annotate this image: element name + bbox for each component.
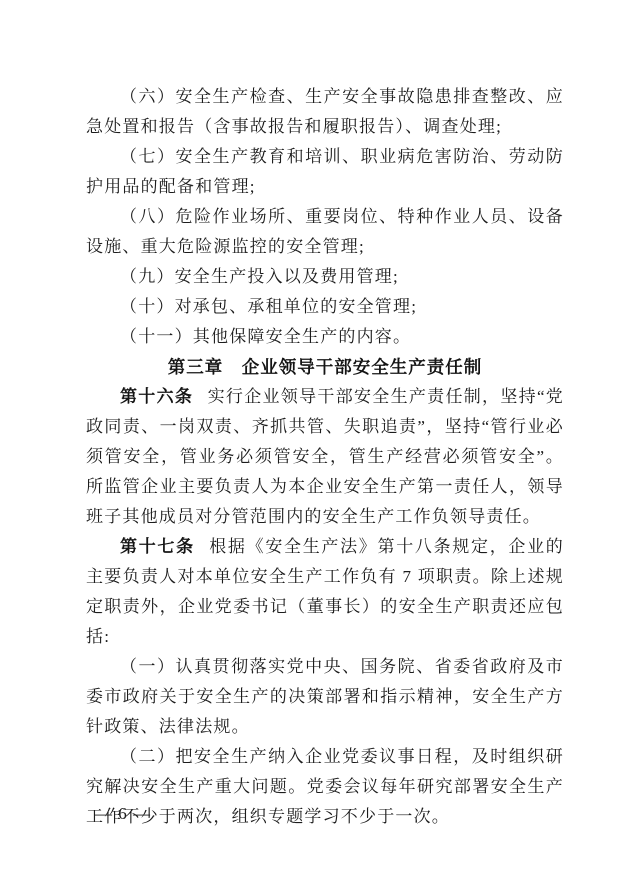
paragraph: 第十六条实行企业领导干部安全生产责任制，坚持“党政同责、一岗双责、齐抓共管、失职… xyxy=(86,382,564,532)
article-number: 第十七条 xyxy=(120,537,209,556)
chapter-heading: 第三章 企业领导干部安全生产责任制 xyxy=(86,352,564,382)
document-body: （六）安全生产检查、生产安全事故隐患排查整改、应急处置和报告（含事故报告和履职报… xyxy=(86,82,564,832)
paragraph: 第十七条根据《安全生产法》第十八条规定，企业的主要负责人对本单位安全生产工作负有… xyxy=(86,532,564,652)
paragraph: （八）危险作业场所、重要岗位、特种作业人员、设备设施、重大危险源监控的安全管理; xyxy=(86,202,564,262)
paragraph: （二）把安全生产纳入企业党委议事日程，及时组织研究解决安全生产重大问题。党委会议… xyxy=(86,742,564,832)
paragraph: （九）安全生产投入以及费用管理; xyxy=(86,262,564,292)
paragraph: （六）安全生产检查、生产安全事故隐患排查整改、应急处置和报告（含事故报告和履职报… xyxy=(86,82,564,142)
document-page: （六）安全生产检查、生产安全事故隐患排查整改、应急处置和报告（含事故报告和履职报… xyxy=(0,0,632,894)
paragraph: （十）对承包、承租单位的安全管理; xyxy=(86,292,564,322)
paragraph: （十一）其他保障安全生产的内容。 xyxy=(86,322,564,352)
article-number: 第十六条 xyxy=(120,387,208,406)
paragraph: （一）认真贯彻落实党中央、国务院、省委省政府及市委市政府关于安全生产的决策部署和… xyxy=(86,652,564,742)
page-number: — 6 — xyxy=(95,803,151,825)
paragraph: （七）安全生产教育和培训、职业病危害防治、劳动防护用品的配备和管理; xyxy=(86,142,564,202)
